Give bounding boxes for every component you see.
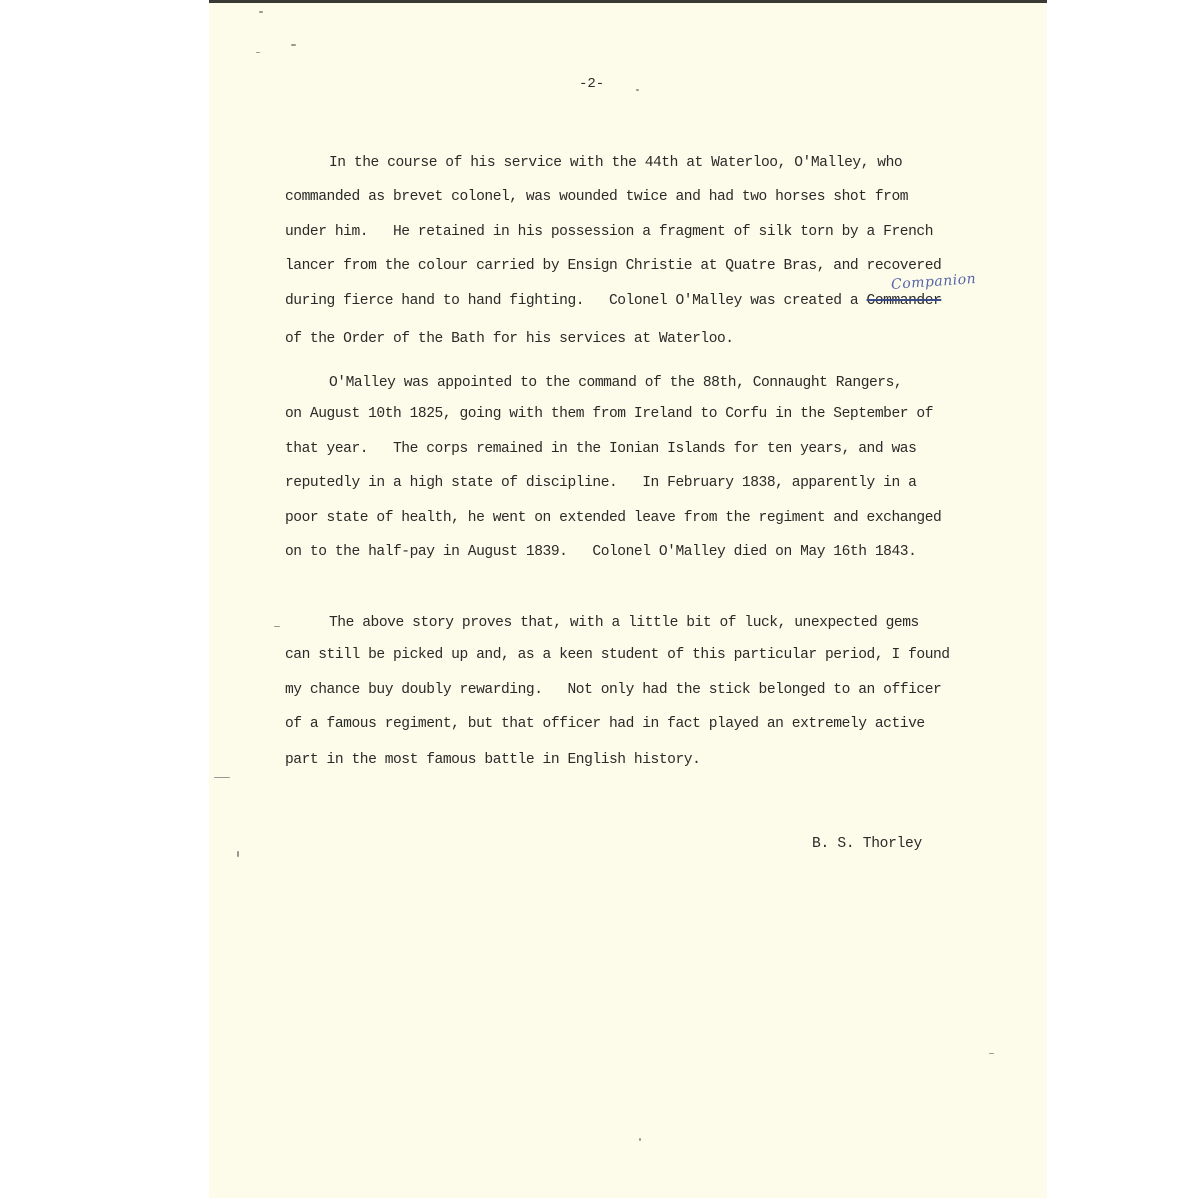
scan-speck bbox=[291, 44, 296, 46]
paragraph-2-line-4: reputedly in a high state of discipline.… bbox=[285, 474, 916, 492]
page-number: -2- bbox=[579, 76, 604, 92]
paragraph-1-line-2: commanded as brevet colonel, was wounded… bbox=[285, 188, 908, 206]
paragraph-3-line-3: my chance buy doubly rewarding. Not only… bbox=[285, 681, 941, 699]
paragraph-3-line-1: The above story proves that, with a litt… bbox=[329, 614, 919, 632]
paragraph-3-line-2: can still be picked up and, as a keen st… bbox=[285, 646, 950, 664]
scan-speck bbox=[639, 1138, 641, 1141]
paragraph-1-line-6: of the Order of the Bath for his service… bbox=[285, 330, 734, 348]
paragraph-2-line-3: that year. The corps remained in the Ion… bbox=[285, 440, 916, 458]
paragraph-2-line-6: on to the half-pay in August 1839. Colon… bbox=[285, 543, 916, 561]
scan-speck bbox=[989, 1053, 994, 1054]
scan-speck bbox=[214, 777, 230, 778]
scan-speck bbox=[256, 52, 260, 53]
scan-speck bbox=[237, 851, 239, 857]
scan-speck bbox=[636, 89, 639, 91]
paragraph-1-line-4: lancer from the colour carried by Ensign… bbox=[285, 257, 941, 275]
typed-page: -2- In the course of his service with th… bbox=[209, 0, 1047, 1198]
paragraph-1-line-3: under him. He retained in his possession… bbox=[285, 223, 933, 241]
scan-speck bbox=[259, 11, 263, 13]
paragraph-2-line-5: poor state of health, he went on extende… bbox=[285, 509, 941, 527]
paragraph-1-line-1: In the course of his service with the 44… bbox=[329, 154, 902, 172]
paragraph-2-line-1: O'Malley was appointed to the command of… bbox=[329, 374, 902, 392]
paragraph-3-line-5: part in the most famous battle in Englis… bbox=[285, 751, 700, 769]
signature: B. S. Thorley bbox=[812, 836, 922, 852]
paragraph-2-line-2: on August 10th 1825, going with them fro… bbox=[285, 405, 933, 423]
paragraph-1-line-5-text: during fierce hand to hand fighting. Col… bbox=[285, 293, 867, 309]
paragraph-3-line-4: of a famous regiment, but that officer h… bbox=[285, 715, 925, 733]
paragraph-1-line-5: during fierce hand to hand fighting. Col… bbox=[285, 292, 941, 310]
scan-speck bbox=[274, 626, 280, 627]
struck-word: Commander bbox=[867, 293, 942, 309]
